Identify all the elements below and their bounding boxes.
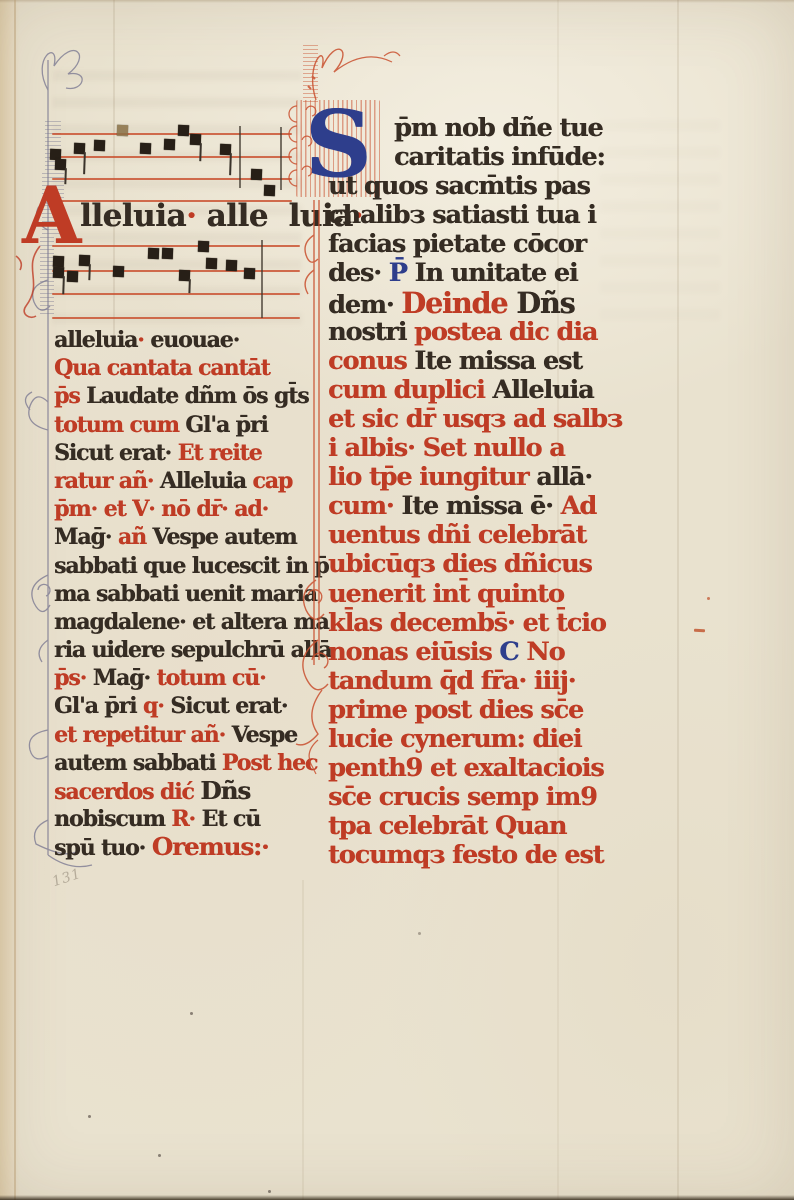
text-segment: et repetitur añ· bbox=[54, 722, 232, 748]
text-segment: No bbox=[526, 637, 564, 667]
text-segment: cum· bbox=[328, 491, 401, 521]
parchment-speck bbox=[268, 1190, 271, 1193]
text-segment: i albis· Set nullo a bbox=[328, 433, 565, 463]
bar-line bbox=[261, 240, 263, 318]
text-line: lucie cynerum: diei bbox=[328, 725, 622, 754]
text-segment: p̄s bbox=[54, 383, 86, 409]
text-line: sacerdos dić Dñs bbox=[54, 777, 331, 805]
text-segment: ratur añ· bbox=[54, 468, 160, 494]
text-line: uentus dñi celebrāt bbox=[328, 521, 622, 550]
text-segment: ubicūqз dies dñicus bbox=[328, 549, 592, 579]
neume-note bbox=[117, 125, 128, 136]
text-line: nostri postea dic dia bbox=[328, 318, 622, 347]
margin-red-dot bbox=[707, 597, 710, 600]
text-segment: Dñs bbox=[516, 286, 574, 320]
text-segment: chalibз satiasti tua i bbox=[328, 200, 596, 230]
text-segment: Laudate dñm ōs gt̄s bbox=[86, 383, 308, 409]
text-segment: tandum q̄d fr̄a· iiij· bbox=[328, 666, 575, 696]
text-segment: lucie cynerum: diei bbox=[328, 724, 581, 754]
bar-line bbox=[239, 126, 241, 188]
text-line: nonas eiūsis C No bbox=[328, 638, 622, 667]
text-line: chalibз satiasti tua i bbox=[328, 201, 622, 230]
staff-line bbox=[52, 133, 292, 135]
text-segment: · bbox=[186, 198, 196, 234]
margin-red-dash bbox=[694, 629, 705, 633]
text-segment: autem sabbati bbox=[54, 750, 222, 776]
text-segment: añ bbox=[118, 524, 153, 550]
text-segment: nostri bbox=[328, 317, 414, 347]
page-top-edge-shadow bbox=[0, 0, 794, 3]
neume-note bbox=[179, 270, 190, 281]
text-segment: prime post dies sc̄e bbox=[328, 695, 583, 725]
text-segment: In unitate ei bbox=[415, 258, 578, 288]
text-line: i albis· Set nullo a bbox=[328, 434, 622, 463]
text-line: p̄m nob dñe tue bbox=[328, 114, 622, 143]
text-segment: Ite missa est bbox=[414, 346, 582, 376]
initial-a: A bbox=[22, 176, 81, 255]
text-line: conus Ite missa est bbox=[328, 347, 622, 376]
text-line: tandum q̄d fr̄a· iiij· bbox=[328, 667, 622, 696]
text-segment: nonas eiūsis bbox=[328, 637, 499, 667]
text-line: ubicūqз dies dñicus bbox=[328, 550, 622, 579]
text-segment: Ad bbox=[561, 491, 596, 521]
text-segment: Et cū bbox=[202, 806, 260, 832]
parchment-speck bbox=[418, 932, 421, 935]
text-line: dem· Deinde Dñs bbox=[328, 289, 622, 318]
text-segment: Maḡ· bbox=[93, 665, 157, 691]
text-segment: et sic dr̄ usqз ad salbз bbox=[328, 404, 622, 434]
text-segment: Et reite bbox=[178, 440, 262, 466]
text-segment: p̄m nob dñe tue bbox=[394, 113, 603, 143]
text-segment: spū tuo· bbox=[54, 835, 152, 861]
parchment-speck bbox=[88, 1115, 91, 1118]
text-segment: facias pietate cōcor bbox=[328, 229, 586, 259]
text-segment: Alleluia bbox=[160, 468, 253, 494]
neume-note bbox=[251, 169, 262, 180]
text-segment: p̄s· bbox=[54, 665, 93, 691]
neume-note bbox=[164, 139, 175, 150]
text-segment: Deinde bbox=[401, 286, 516, 320]
text-segment: cum duplici bbox=[328, 375, 492, 405]
neume-note bbox=[74, 143, 85, 154]
text-segment: uentus dñi celebrāt bbox=[328, 520, 586, 550]
bar-line bbox=[280, 127, 282, 190]
neume-note bbox=[244, 268, 255, 279]
text-segment: nobiscum bbox=[54, 806, 171, 832]
text-segment: totum cū· bbox=[157, 665, 266, 691]
text-segment: alle bbox=[196, 198, 268, 234]
s-block-scallops bbox=[287, 104, 299, 194]
text-line: tpa celebrāt Quan bbox=[328, 812, 622, 841]
text-segment: ma sabbati uenit maria bbox=[54, 581, 317, 607]
neume-note bbox=[113, 266, 124, 277]
text-segment: ut quos sacm̄tis pas bbox=[328, 171, 590, 201]
text-segment: des· bbox=[328, 258, 389, 288]
text-segment: Oremus:· bbox=[152, 832, 269, 861]
text-segment: Sicut erat· bbox=[54, 440, 178, 466]
text-line: sc̄e crucis semp im9 bbox=[328, 783, 622, 812]
text-line: prime post dies sc̄e bbox=[328, 696, 622, 725]
text-segment: tpa celebrāt Quan bbox=[328, 811, 566, 841]
neume-note bbox=[220, 144, 231, 155]
text-segment: Qua cantata cantāt bbox=[54, 355, 270, 381]
neume-note bbox=[140, 143, 151, 154]
text-segment: conus bbox=[328, 346, 414, 376]
text-segment: caritatis infūde: bbox=[394, 142, 605, 172]
text-segment: euouae· bbox=[144, 327, 239, 353]
text-line: uenerit int̄ quinto bbox=[328, 580, 622, 609]
neume-note bbox=[190, 134, 201, 145]
neume-note bbox=[206, 258, 217, 269]
neume-note bbox=[53, 267, 64, 278]
text-segment: Gl'a p̄ri bbox=[54, 693, 143, 719]
manuscript-page: A lleluia· alle luia· alleluia· euouae·Q… bbox=[0, 0, 794, 1200]
parchment-speck bbox=[158, 1154, 161, 1157]
text-segment: lio tp̄e iungitur bbox=[328, 462, 536, 492]
text-segment: sc̄e crucis semp im9 bbox=[328, 782, 597, 812]
staff-line bbox=[52, 245, 300, 247]
text-segment: lleluia bbox=[80, 198, 186, 234]
text-segment: totum cum bbox=[54, 412, 185, 438]
text-segment: Dñs bbox=[200, 776, 250, 805]
text-segment: sacerdos dić bbox=[54, 779, 200, 805]
text-segment: cap bbox=[252, 468, 292, 494]
text-line: des· P̄ In unitate ei bbox=[328, 259, 622, 288]
parchment-crease bbox=[302, 880, 304, 1200]
parchment-speck bbox=[190, 1012, 193, 1015]
text-line: penth9 et exaltaciois bbox=[328, 754, 622, 783]
neume-note bbox=[198, 241, 209, 252]
text-segment: Sicut erat· bbox=[170, 693, 287, 719]
text-segment: Ite missa ē· bbox=[401, 491, 560, 521]
page-bottom-edge-shadow bbox=[0, 1195, 794, 1200]
text-line: caritatis infūde: bbox=[328, 143, 622, 172]
text-segment: Gl'a p̄ri bbox=[185, 412, 267, 438]
text-line: cum· Ite missa ē· Ad bbox=[328, 492, 622, 521]
text-segment: Alleluia bbox=[492, 375, 593, 405]
text-line: facias pietate cōcor bbox=[328, 230, 622, 259]
text-segment: R· bbox=[171, 806, 201, 832]
neume-note bbox=[162, 248, 173, 259]
text-segment: dem· bbox=[328, 290, 401, 320]
right-text-column: p̄m nob dñe tuecaritatis infūde:ut quos … bbox=[328, 114, 622, 870]
text-segment: alleluia bbox=[54, 327, 137, 353]
text-segment: tocumqз festo de est bbox=[328, 840, 603, 870]
text-segment: q· bbox=[143, 693, 170, 719]
neume-note bbox=[67, 271, 78, 282]
text-line: lio tp̄e iungitur allā· bbox=[328, 463, 622, 492]
text-segment: postea dic dia bbox=[414, 317, 597, 347]
staff-line bbox=[52, 293, 300, 295]
text-line: spū tuo· Oremus:· bbox=[54, 833, 331, 861]
text-segment: uenerit int̄ quinto bbox=[328, 579, 564, 609]
neume-note bbox=[94, 140, 105, 151]
text-segment: P̄ bbox=[389, 258, 415, 288]
text-line: tocumqз festo de est bbox=[328, 841, 622, 870]
text-segment: kl̄as decembs̄· et t̄cio bbox=[328, 608, 606, 638]
text-segment: Vespe autem bbox=[152, 524, 296, 550]
staff-line bbox=[52, 156, 292, 158]
text-line: et sic dr̄ usqз ad salbз bbox=[328, 405, 622, 434]
neume-note bbox=[264, 185, 275, 196]
text-segment: penth9 et exaltaciois bbox=[328, 753, 604, 783]
text-line: kl̄as decembs̄· et t̄cio bbox=[328, 609, 622, 638]
text-line: nobiscum R· Et cū bbox=[54, 805, 331, 833]
neume-note bbox=[226, 260, 237, 271]
text-line: ut quos sacm̄tis pas bbox=[328, 172, 622, 201]
text-segment: p̄m· et V· nō dr̄· ad· bbox=[54, 496, 268, 522]
text-segment: Maḡ· bbox=[54, 524, 118, 550]
neume-note bbox=[148, 248, 159, 259]
text-line: cum duplici Alleluia bbox=[328, 376, 622, 405]
staff-line bbox=[52, 317, 300, 319]
neume-note bbox=[178, 125, 189, 136]
text-segment: allā· bbox=[536, 462, 592, 492]
text-segment: C bbox=[499, 637, 526, 667]
